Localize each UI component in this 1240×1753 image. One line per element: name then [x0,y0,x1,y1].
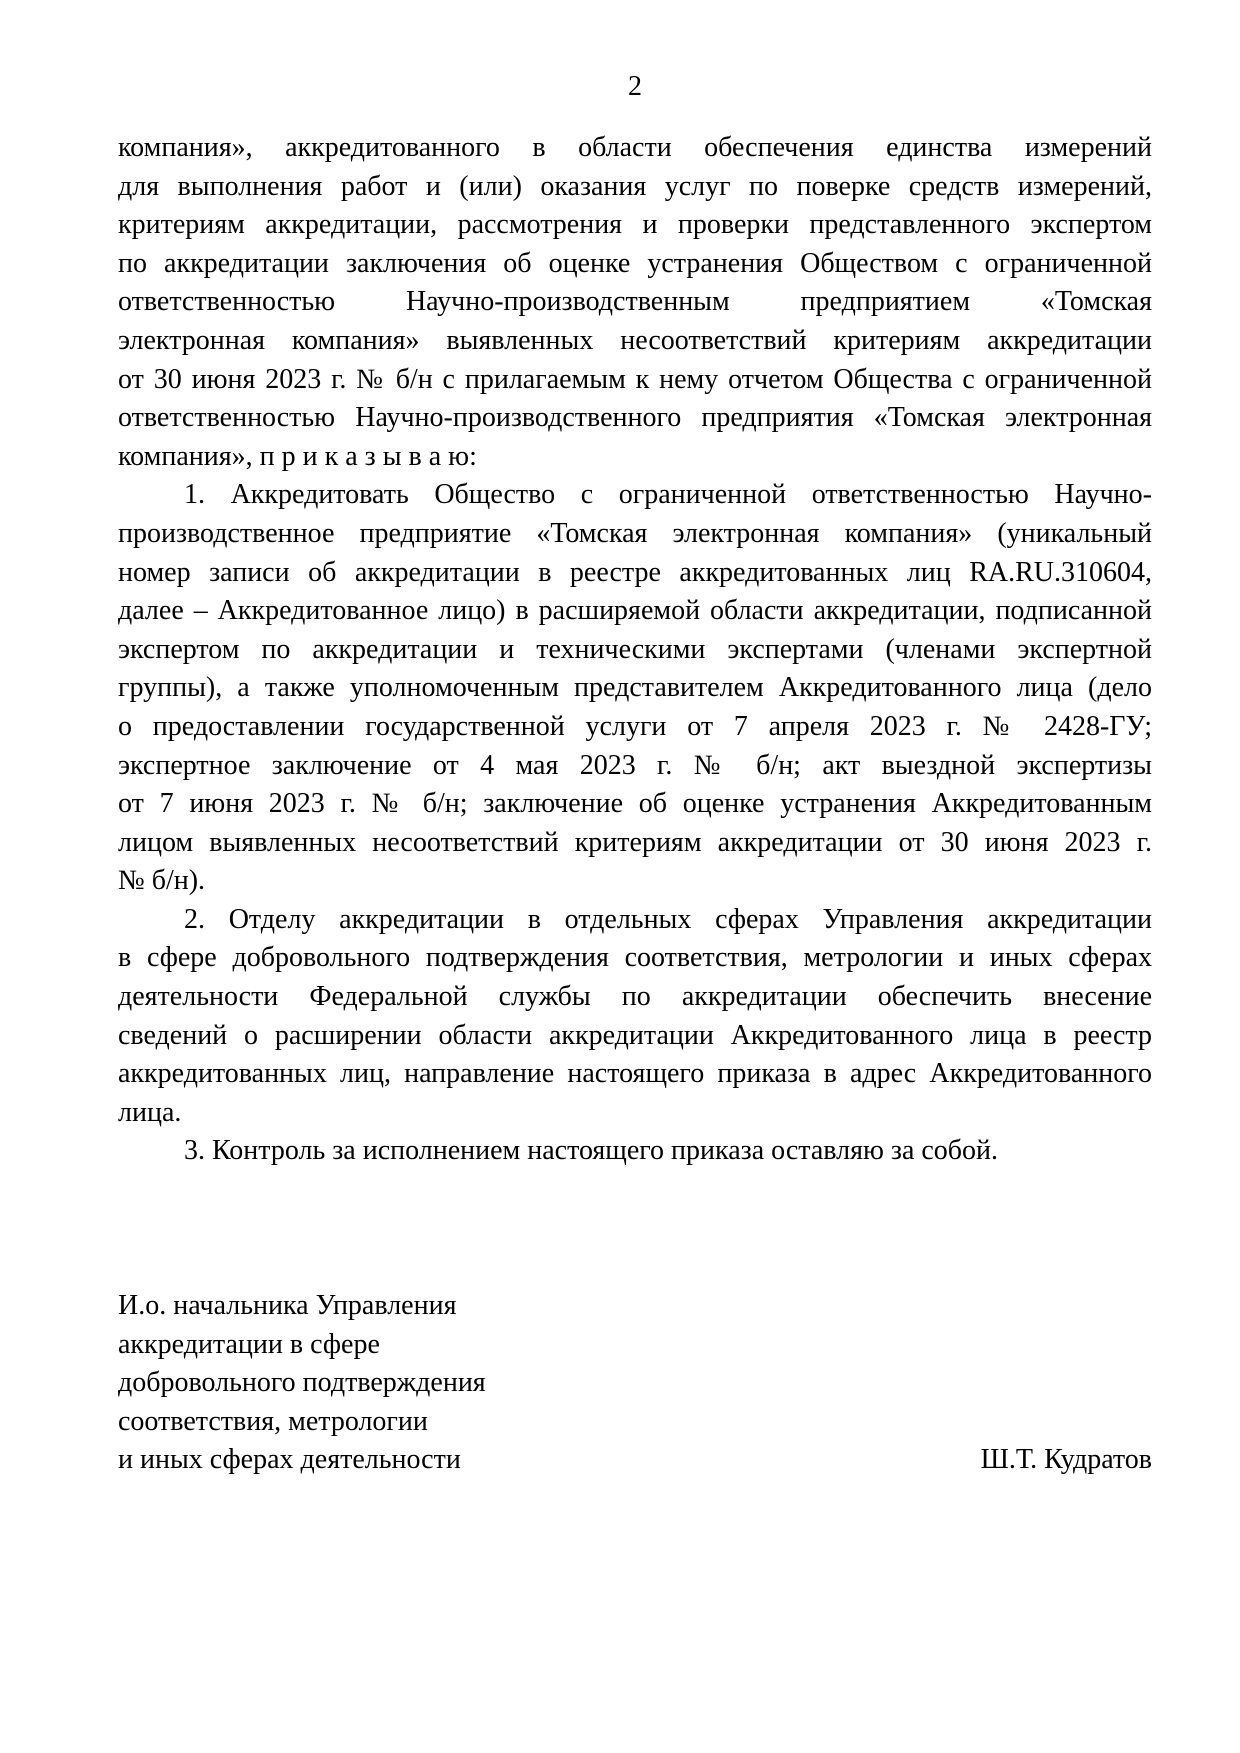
document-body: компания», аккредитованного в области об… [118,129,1152,1171]
text-line: в сфере добровольного подтверждения соот… [118,939,1152,978]
text-line: по аккредитации заключения об оценке уст… [118,245,1152,284]
signatory-title-line: И.о. начальника Управления [118,1287,1152,1326]
text-line: производственное предприятие «Томская эл… [118,515,1152,554]
text-line: ответственностью Научно-производственног… [118,399,1152,438]
text-line: компания», аккредитованного в области об… [118,129,1152,168]
text-line: ответственностью Научно-производственным… [118,283,1152,322]
text-line: для выполнения работ и (или) оказания ус… [118,168,1152,207]
page-number: 2 [118,68,1152,106]
text-line: электронная компания» выявленных несоотв… [118,322,1152,361]
signatory-title-line: добровольного подтверждения [118,1364,1152,1403]
text-line: сведений о расширении области аккредитац… [118,1017,1152,1056]
signature-block: И.о. начальника Управленияаккредитации в… [118,1287,1152,1480]
signatory-title-line: аккредитации в сфере [118,1326,1152,1365]
text-line: экспертное заключение от 4 мая 2023 г. №… [118,747,1152,786]
text-line: деятельности Федеральной службы по аккре… [118,978,1152,1017]
signatory-title-line: и иных сферах деятельности [118,1441,461,1480]
text-line: 3. Контроль за исполнением настоящего пр… [118,1132,1152,1171]
text-line: номер записи об аккредитации в реестре а… [118,554,1152,593]
text-line: экспертом по аккредитации и техническими… [118,631,1152,670]
text-line: от 7 июня 2023 г. № б/н; заключение об о… [118,785,1152,824]
paragraph: 2. Отделу аккредитации в отдельных сфера… [118,901,1152,1133]
paragraph: 1. Аккредитовать Общество с ограниченной… [118,476,1152,901]
signatory-name: Ш.Т. Кудратов [981,1441,1152,1480]
text-line: критериям аккредитации, рассмотрения и п… [118,206,1152,245]
text-line: 2. Отделу аккредитации в отдельных сфера… [118,901,1152,940]
text-line: о предоставлении государственной услуги … [118,708,1152,747]
paragraph: 3. Контроль за исполнением настоящего пр… [118,1132,1152,1171]
paragraph: компания», аккредитованного в области об… [118,129,1152,476]
text-line: аккредитованных лиц, направление настоящ… [118,1055,1152,1094]
text-line: 1. Аккредитовать Общество с ограниченной… [118,476,1152,515]
text-line: далее – Аккредитованное лицо) в расширяе… [118,592,1152,631]
text-line: лицом выявленных несоответствий критерия… [118,824,1152,863]
text-line: лица. [118,1094,1152,1133]
signature-row: и иных сферах деятельностиШ.Т. Кудратов [118,1441,1152,1480]
text-line: № б/н). [118,862,1152,901]
text-line: группы), а также уполномоченным представ… [118,669,1152,708]
document-page: 2 компания», аккредитованного в области … [0,0,1240,1753]
text-line: от 30 июня 2023 г. № б/н с прилагаемым к… [118,361,1152,400]
signatory-title-line: соответствия, метрологии [118,1403,1152,1442]
text-line: компания», п р и к а з ы в а ю: [118,438,1152,477]
